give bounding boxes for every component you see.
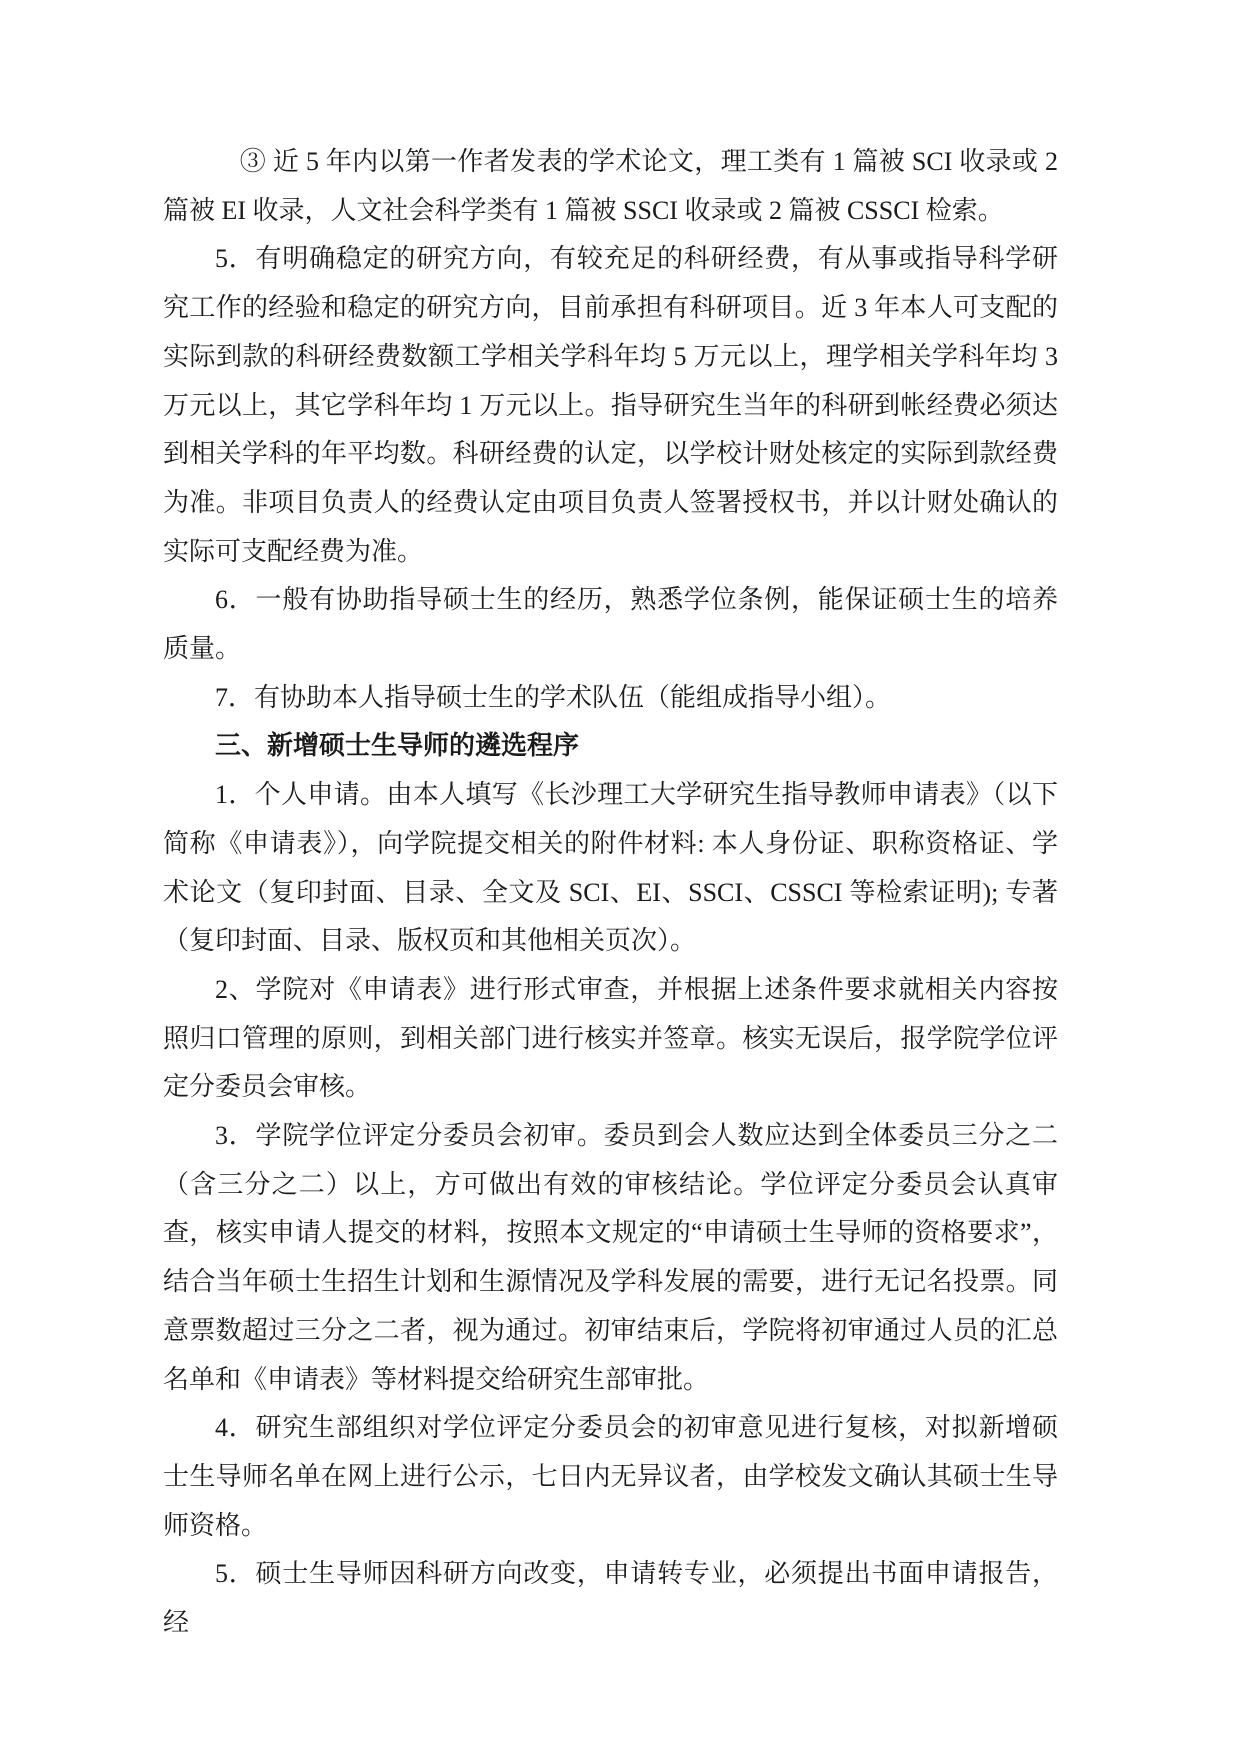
paragraph-step-5-transfer-major: 5．硕士生导师因科研方向改变，申请转专业，必须提出书面申请报告，经: [163, 1550, 1058, 1647]
paragraph-step-4-graduate-dept-review: 4．研究生部组织对学位评定分委员会的初审意见进行复核，对拟新增硕士生导师名单在网…: [163, 1404, 1058, 1550]
paragraph-step-2-college-review: 2、学院对《申请表》进行形式审查，并根据上述条件要求就相关内容按照归口管理的原则…: [163, 966, 1058, 1112]
section-heading-selection-procedure: 三、新增硕士生导师的遴选程序: [163, 722, 1058, 771]
paragraph-subitem-circle-3: ③ 近 5 年内以第一作者发表的学术论文，理工类有 1 篇被 SCI 收录或 2…: [163, 138, 1058, 235]
document-page: ③ 近 5 年内以第一作者发表的学术论文，理工类有 1 篇被 SCI 收录或 2…: [0, 0, 1241, 1754]
paragraph-item-7-team: 7．有协助本人指导硕士生的学术队伍（能组成指导小组）。: [163, 674, 1058, 723]
document-body: ③ 近 5 年内以第一作者发表的学术论文，理工类有 1 篇被 SCI 收录或 2…: [163, 138, 1058, 1648]
paragraph-item-5-funding: 5．有明确稳定的研究方向，有较充足的科研经费，有从事或指导科学研究工作的经验和稳…: [163, 235, 1058, 576]
paragraph-item-6-experience: 6．一般有协助指导硕士生的经历，熟悉学位条例，能保证硕士生的培养质量。: [163, 576, 1058, 673]
paragraph-step-1-application: 1．个人申请。由本人填写《长沙理工大学研究生指导教师申请表》（以下简称《申请表》…: [163, 771, 1058, 966]
paragraph-step-3-committee-review: 3．学院学位评定分委员会初审。委员到会人数应达到全体委员三分之二（含三分之二）以…: [163, 1112, 1058, 1404]
